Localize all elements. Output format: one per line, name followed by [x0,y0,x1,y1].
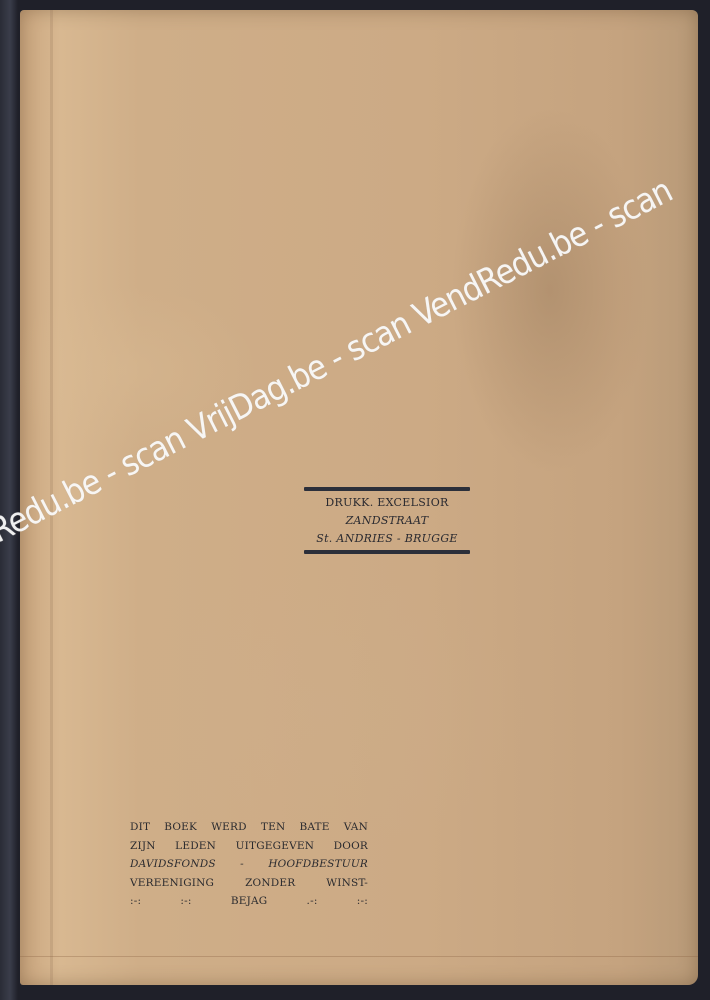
printer-city: St. ANDRIES - BRUGGE [304,530,470,548]
ornament: .-: [307,892,318,911]
word: LEDEN [175,837,216,856]
word: WERD [211,818,247,837]
word: DOOR [334,837,368,856]
ornament: :-: [357,892,368,911]
colophon-line-4: VEREENIGING ZONDER WINST- [130,874,368,893]
printer-name: DRUKK. EXCELSIOR [304,494,470,512]
colophon-line-3: DAVIDSFONDS - HOOFDBESTUUR [130,855,368,874]
word: BOEK [164,818,197,837]
printer-street: ZANDSTRAAT [304,512,470,530]
colophon-line-5: :-: :-: BEJAG .-: :-: [130,892,368,911]
word: VAN [344,818,368,837]
word: VEREENIGING [130,874,214,893]
separator: - [240,855,244,874]
word: BEJAG [231,892,268,911]
word: ZONDER [245,874,295,893]
publisher-name: DAVIDSFONDS [130,855,216,874]
publisher-division: HOOFDBESTUUR [268,855,368,874]
colophon-line-2: ZIJN LEDEN UITGEGEVEN DOOR [130,837,368,856]
word: UITGEGEVEN [236,837,315,856]
word: ZIJN [130,837,156,856]
ornament: :-: [130,892,141,911]
word: BATE [299,818,329,837]
printer-stamp: DRUKK. EXCELSIOR ZANDSTRAAT St. ANDRIES … [304,487,470,554]
ornament: :-: [180,892,191,911]
colophon-line-1: DIT BOEK WERD TEN BATE VAN [130,818,368,837]
word: WINST- [326,874,368,893]
word: TEN [261,818,285,837]
stamp-rule-top [304,487,470,491]
word: DIT [130,818,150,837]
stamp-rule-bottom [304,550,470,554]
colophon: DIT BOEK WERD TEN BATE VAN ZIJN LEDEN UI… [130,818,368,911]
